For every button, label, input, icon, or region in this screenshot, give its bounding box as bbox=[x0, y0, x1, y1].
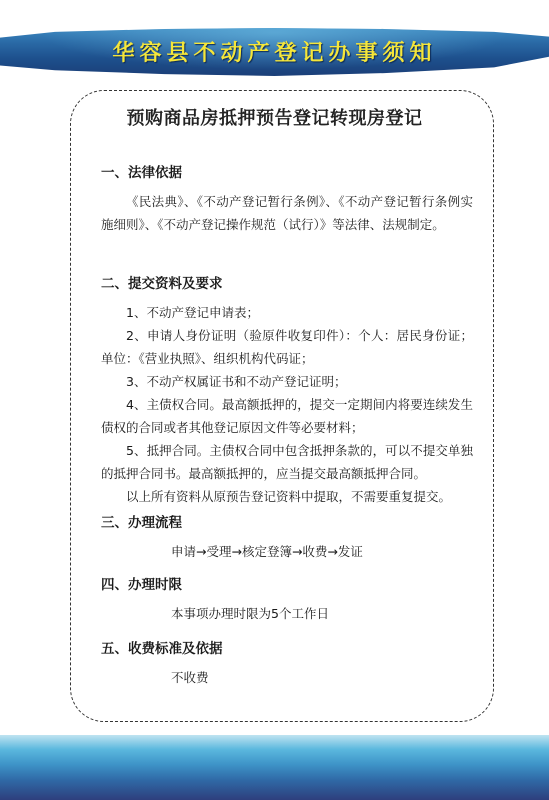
section-paragraph: 《民法典》、《不动产登记暂行条例》、《不动产登记暂行条例实施细则》、《不动产登记… bbox=[101, 190, 473, 236]
section-time-limit: 四、办理时限 本事项办理时限为5个工作日 bbox=[101, 572, 473, 625]
footer-gradient-band bbox=[0, 735, 549, 800]
section-fees: 五、收费标准及依据 不收费 bbox=[101, 636, 473, 689]
material-item: 2、申请人身份证明（验原件收复印件）：个人：居民身份证；单位：《营业执照》、组织… bbox=[101, 324, 473, 370]
section-heading: 一、法律依据 bbox=[101, 160, 473, 186]
section-heading: 四、办理时限 bbox=[101, 572, 473, 598]
material-note: 以上所有资料从原预告登记资料中提取，不需要重复提交。 bbox=[101, 485, 473, 508]
section-legal-basis: 一、法律依据 《民法典》、《不动产登记暂行条例》、《不动产登记暂行条例实施细则》… bbox=[101, 160, 473, 236]
header-banner: 华容县不动产登记办事须知 bbox=[0, 28, 549, 76]
material-item: 4、主债权合同。最高额抵押的，提交一定期间内将要连续发生债权的合同或者其他登记原… bbox=[101, 393, 473, 439]
document-title: 预购商品房抵押预告登记转现房登记 bbox=[0, 104, 549, 130]
time-limit-text: 本事项办理时限为5个工作日 bbox=[101, 602, 473, 625]
material-item: 3、不动产权属证书和不动产登记证明； bbox=[101, 370, 473, 393]
section-required-materials: 二、提交资料及要求 1、不动产登记申请表； 2、申请人身份证明（验原件收复印件）… bbox=[101, 271, 473, 508]
process-flow: 申请→受理→核定登簿→收费→发证 bbox=[101, 540, 473, 563]
section-heading: 五、收费标准及依据 bbox=[101, 636, 473, 662]
section-heading: 三、办理流程 bbox=[101, 510, 473, 536]
material-item: 1、不动产登记申请表； bbox=[101, 301, 473, 324]
banner-title: 华容县不动产登记办事须知 bbox=[112, 36, 436, 67]
fee-text: 不收费 bbox=[101, 666, 473, 689]
material-item: 5、抵押合同。主债权合同中包含抵押条款的，可以不提交单独的抵押合同书。最高额抵押… bbox=[101, 439, 473, 485]
section-process: 三、办理流程 申请→受理→核定登簿→收费→发证 bbox=[101, 510, 473, 563]
section-heading: 二、提交资料及要求 bbox=[101, 271, 473, 297]
